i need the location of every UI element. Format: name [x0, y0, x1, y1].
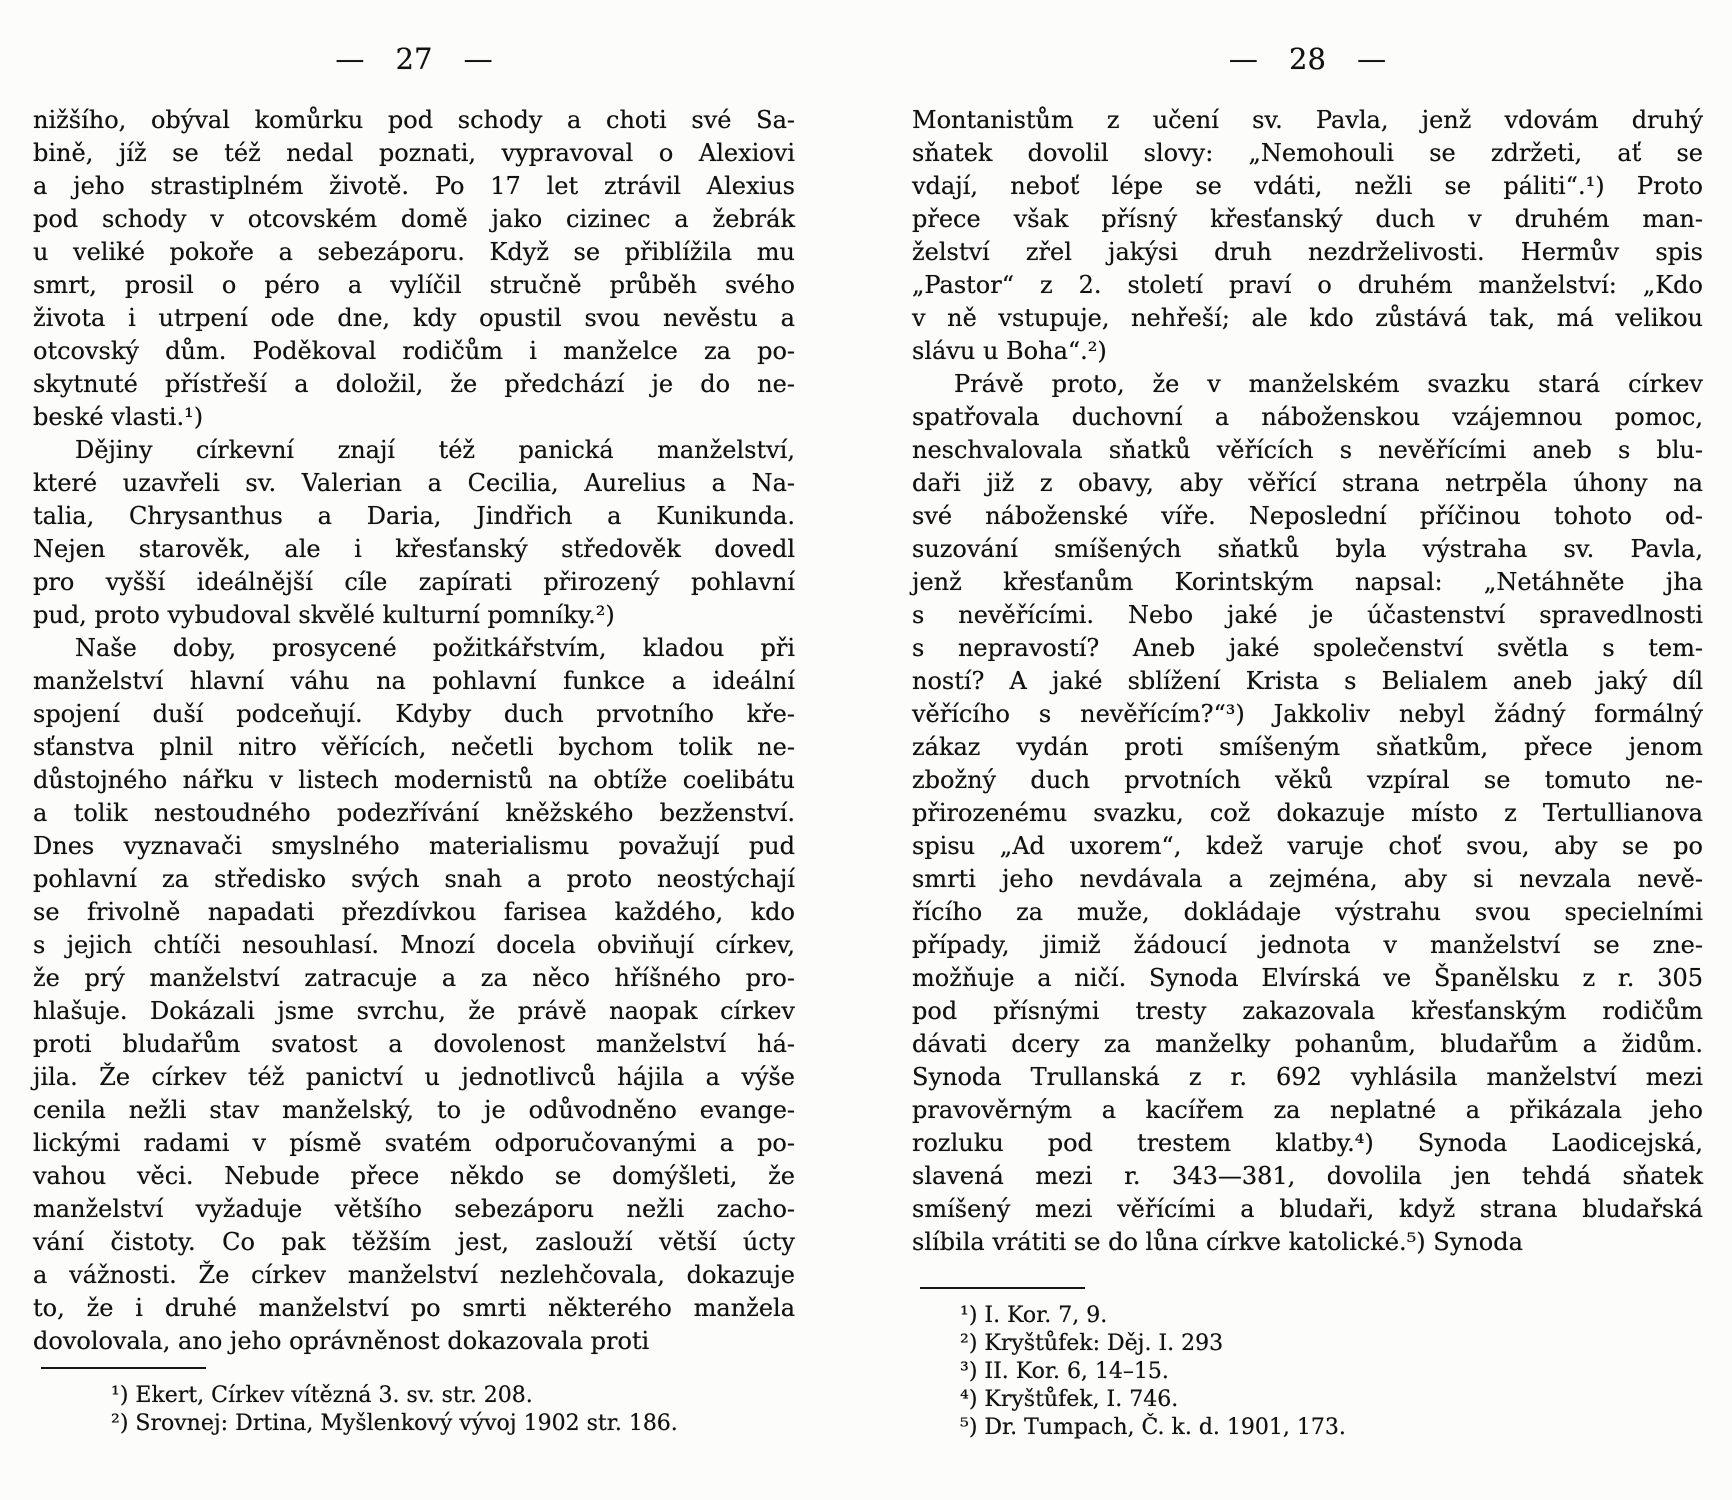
- text-line: života i utrpení ode dne, kdy opustil sv…: [33, 302, 795, 335]
- text-line: cenila nežli stav manželský, to je odůvo…: [33, 1094, 795, 1127]
- text-line: a vážnosti. Že církev manželství nezlehč…: [33, 1259, 795, 1292]
- text-line: sťanstva plnil nitro věřících, nečetli b…: [33, 731, 795, 764]
- paragraph: Právě proto, že v manželském svazku star…: [912, 368, 1703, 1259]
- footnote: ⁵) Dr. Tumpach, Č. k. d. 1901, 173.: [960, 1414, 1703, 1442]
- text-line: bině, jíž se též nedal poznati, vypravov…: [33, 137, 795, 170]
- text-line: suzování smíšených sňatků byla výstraha …: [912, 533, 1703, 566]
- text-line: případy, jimiž žádoucí jednota v manžels…: [912, 929, 1703, 962]
- footnote-separator: [920, 1287, 1085, 1289]
- text-line: Právě proto, že v manželském svazku star…: [912, 368, 1703, 401]
- text-line: dávati dcery za manželky pohanům, bludař…: [912, 1028, 1703, 1061]
- text-line: u veliké pokoře a sebezáporu. Když se př…: [33, 236, 795, 269]
- text-line: zbožný duch prvotních věků vzpíral se to…: [912, 764, 1703, 797]
- text-line: které uzavřeli sv. Valerian a Cecilia, A…: [33, 467, 795, 500]
- paragraph: Naše doby, prosycené požitkářstvím, klad…: [33, 632, 795, 1358]
- text-line: nižšího, obýval komůrku pod schody a cho…: [33, 104, 795, 137]
- text-line: své náboženské víře. Neposlední příčinou…: [912, 500, 1703, 533]
- text-line: věřícího s nevěřícím?“³) Jakkoliv nebyl …: [912, 698, 1703, 731]
- text-line: a tolik nestoudného podezřívání kněžskéh…: [33, 797, 795, 830]
- footnote: ²) Srovnej: Drtina, Myšlenkový vývoj 190…: [111, 1410, 795, 1438]
- text-line: proti bludařům svatost a dovolenost manž…: [33, 1028, 795, 1061]
- text-line: beské vlasti.¹): [33, 401, 795, 434]
- text-line: „Pastor“ z 2. století praví o druhém man…: [912, 269, 1703, 302]
- text-line: řícího za muže, dokládaje výstrahu svou …: [912, 896, 1703, 929]
- text-line: to, že i druhé manželství po smrti někte…: [33, 1292, 795, 1325]
- paragraph: nižšího, obýval komůrku pod schody a cho…: [33, 104, 795, 434]
- text-line: lickými radami v písmě svatém odporučova…: [33, 1127, 795, 1160]
- text-line: pohlavní za středisko svých snah a proto…: [33, 863, 795, 896]
- footnote: ²) Kryštůfek: Děj. I. 293: [960, 1330, 1703, 1358]
- paragraph: Dějiny církevní znají též panická manžel…: [33, 434, 795, 632]
- page-28: — 28 — Montanistům z učení sv. Pavla, je…: [912, 0, 1703, 1500]
- footnote: ¹) I. Kor. 7, 9.: [960, 1302, 1703, 1330]
- paragraph: Montanistům z učení sv. Pavla, jenž vdov…: [912, 104, 1703, 368]
- text-line: vdají, neboť lépe se vdáti, nežli se pál…: [912, 170, 1703, 203]
- text-line: s nepravostí? Aneb jaké společenství svě…: [912, 632, 1703, 665]
- text-line: jila. Že církev též panictví u jednotliv…: [33, 1061, 795, 1094]
- text-line: Dějiny církevní znají též panická manžel…: [33, 434, 795, 467]
- text-line: že prý manželství zatracuje a za něco hř…: [33, 962, 795, 995]
- text-line: rozluku pod trestem klatby.⁴) Synoda Lao…: [912, 1127, 1703, 1160]
- text-line: pod schody v otcovském domě jako cizinec…: [33, 203, 795, 236]
- text-line: smrti jeho nevdávala a zejména, aby si n…: [912, 863, 1703, 896]
- text-line: slávu u Boha“.²): [912, 335, 1703, 368]
- page-body-text: nižšího, obýval komůrku pod schody a cho…: [33, 104, 795, 1438]
- text-line: pud, proto vybudoval skvělé kulturní pom…: [33, 599, 795, 632]
- text-line: možňuje a ničí. Synoda Elvírská ve Španě…: [912, 962, 1703, 995]
- text-line: s jejich chtíči nesouhlasí. Mnozí docela…: [33, 929, 795, 962]
- page-number-header: — 27 —: [33, 42, 795, 76]
- text-line: smíšený mezi věřícími a bludaři, když st…: [912, 1193, 1703, 1226]
- footnotes: ¹) Ekert, Církev vítězná 3. sv. str. 208…: [33, 1382, 795, 1438]
- text-line: Montanistům z učení sv. Pavla, jenž vdov…: [912, 104, 1703, 137]
- text-line: slavená mezi r. 343—381, dovolila jen te…: [912, 1160, 1703, 1193]
- page-27: — 27 — nižšího, obýval komůrku pod schod…: [33, 0, 795, 1500]
- text-line: vahou věci. Nebude přece někdo se domýšl…: [33, 1160, 795, 1193]
- text-line: Synoda Trullanská z r. 692 vyhlásila man…: [912, 1061, 1703, 1094]
- text-line: spojení duší podceňují. Kdyby duch prvot…: [33, 698, 795, 731]
- text-line: Dnes vyznavači smyslného materialismu po…: [33, 830, 795, 863]
- footnote-separator: [41, 1367, 206, 1369]
- text-line: v ně vstupuje, nehřeší; ale kdo zůstává …: [912, 302, 1703, 335]
- page-body-text: Montanistům z učení sv. Pavla, jenž vdov…: [912, 104, 1703, 1442]
- text-line: vání čistoty. Co pak těžším jest, zaslou…: [33, 1226, 795, 1259]
- text-line: přece však přísný křesťanský duch v druh…: [912, 203, 1703, 236]
- text-line: ností? A jaké sblížení Krista s Belialem…: [912, 665, 1703, 698]
- text-line: zákaz vydán proti smíšeným sňatkům, přec…: [912, 731, 1703, 764]
- footnotes: ¹) I. Kor. 7, 9.²) Kryštůfek: Děj. I. 29…: [912, 1302, 1703, 1442]
- text-line: sňatek dovolil slovy: „Nemohouli se zdrž…: [912, 137, 1703, 170]
- text-line: Naše doby, prosycené požitkářstvím, klad…: [33, 632, 795, 665]
- footnote: ⁴) Kryštůfek, I. 746.: [960, 1386, 1703, 1414]
- text-line: pravověrným a kacířem za neplatné a přik…: [912, 1094, 1703, 1127]
- text-line: pod přísnými tresty zakazovala křesťansk…: [912, 995, 1703, 1028]
- text-line: smrt, prosil o péro a vylíčil stručně pr…: [33, 269, 795, 302]
- text-line: Nejen starověk, ale i křesťanský středov…: [33, 533, 795, 566]
- text-line: hlašuje. Dokázali jsme svrchu, že právě …: [33, 995, 795, 1028]
- text-line: daři již z obavy, aby věřící strana netr…: [912, 467, 1703, 500]
- footnote: ¹) Ekert, Církev vítězná 3. sv. str. 208…: [111, 1382, 795, 1410]
- text-line: talia, Chrysanthus a Daria, Jindřich a K…: [33, 500, 795, 533]
- text-line: jenž křesťanům Korintským napsal: „Netáh…: [912, 566, 1703, 599]
- footnote: ³) II. Kor. 6, 14–15.: [960, 1358, 1703, 1386]
- text-line: přirozenému svazku, což dokazuje místo z…: [912, 797, 1703, 830]
- text-line: spisu „Ad uxorem“, kdež varuje choť svou…: [912, 830, 1703, 863]
- text-line: manželství vyžaduje většího sebezáporu n…: [33, 1193, 795, 1226]
- text-line: otcovský dům. Poděkoval rodičům i manžel…: [33, 335, 795, 368]
- page-number-header: — 28 —: [912, 42, 1703, 76]
- text-line: se frivolně napadati přezdívkou farisea …: [33, 896, 795, 929]
- text-line: manželství hlavní váhu na pohlavní funkc…: [33, 665, 795, 698]
- text-line: želství zřel jakýsi druh nezdrželivosti.…: [912, 236, 1703, 269]
- text-line: a jeho strastiplném životě. Po 17 let zt…: [33, 170, 795, 203]
- text-line: neschvalovala sňatků věřících s nevěřící…: [912, 434, 1703, 467]
- text-line: důstojného nářku v listech modernistů na…: [33, 764, 795, 797]
- text-line: skytnuté přístřeší a doložil, že předchá…: [33, 368, 795, 401]
- text-line: s nevěřícími. Nebo jaké je účastenství s…: [912, 599, 1703, 632]
- book-spread: — 27 — nižšího, obýval komůrku pod schod…: [0, 0, 1732, 1500]
- text-line: spatřovala duchovní a náboženskou vzájem…: [912, 401, 1703, 434]
- text-line: slíbila vrátiti se do lůna církve katoli…: [912, 1226, 1703, 1259]
- text-line: pro vyšší ideálnější cíle zapírati přiro…: [33, 566, 795, 599]
- text-line: dovolovala, ano jeho oprávněnost dokazov…: [33, 1325, 795, 1358]
